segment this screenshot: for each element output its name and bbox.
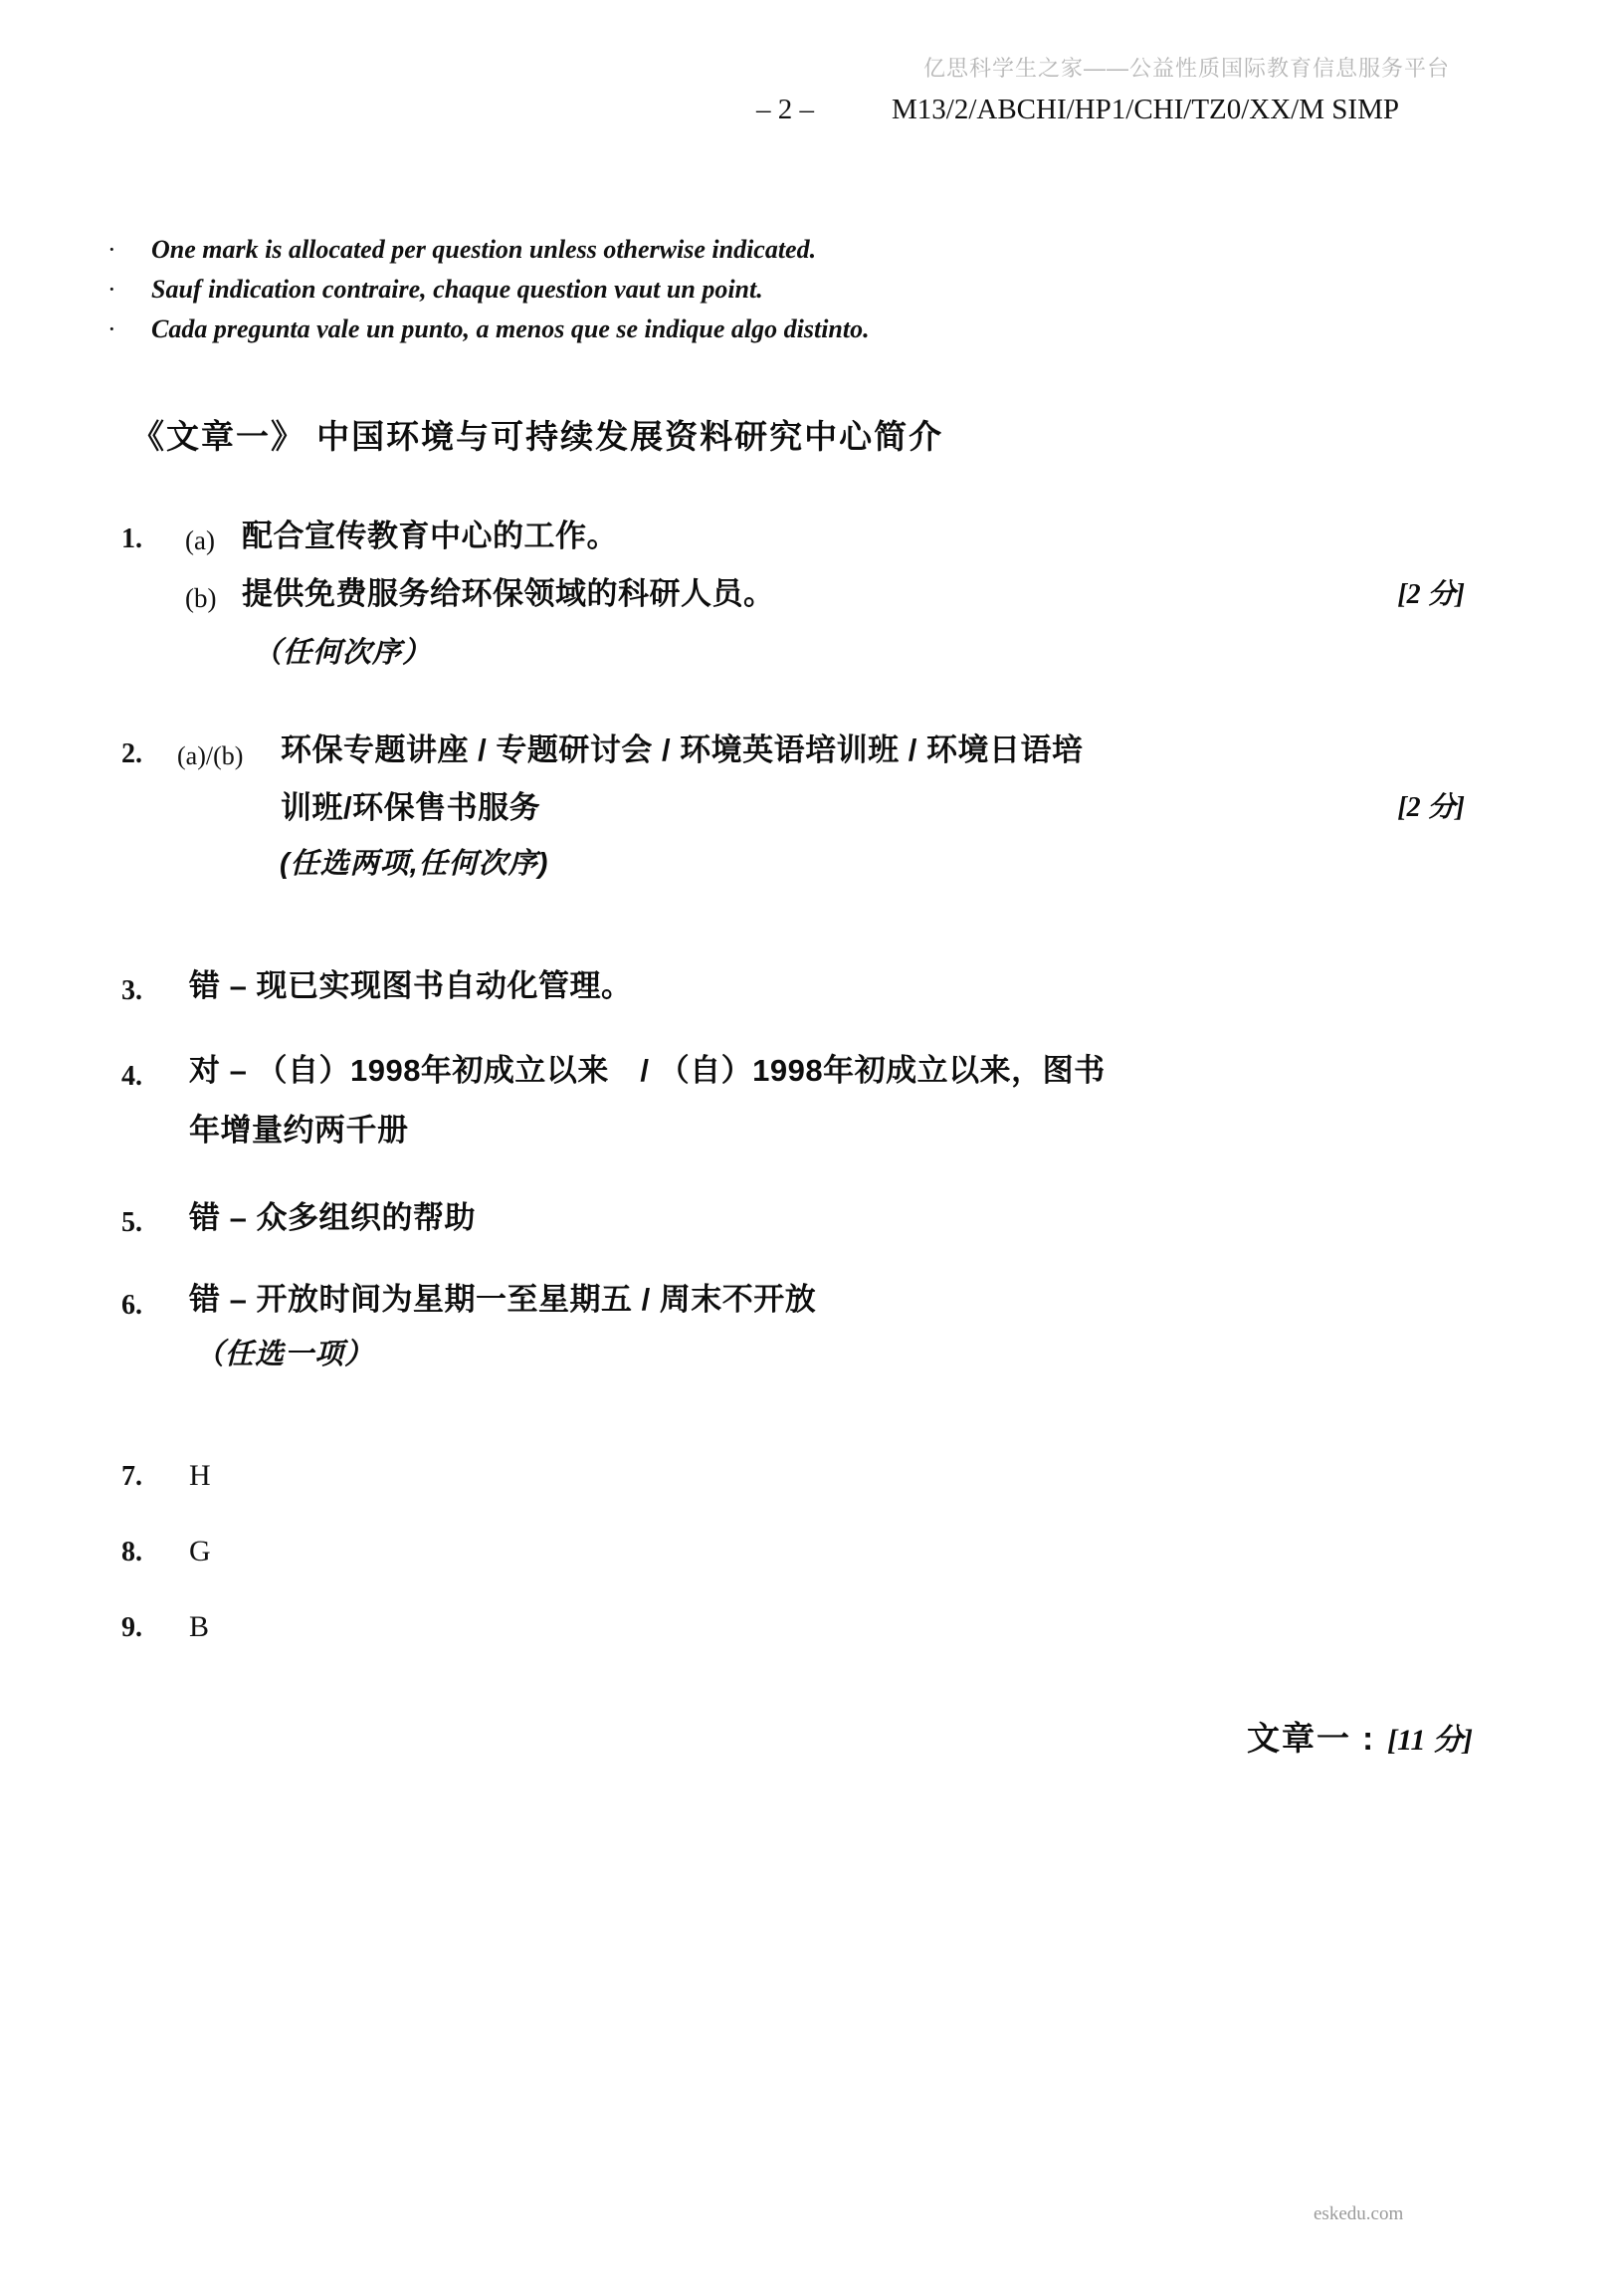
note-item: · One mark is allocated per question unl… <box>107 235 870 275</box>
bullet-icon: · <box>107 275 151 305</box>
answer-text: 错 – 众多组织的帮助 <box>189 1200 476 1236</box>
section-title: 《文章一》 中国环境与可持续发展资料研究中心简介 <box>131 418 943 456</box>
question-number: 3. <box>121 975 142 1007</box>
answer-letter: B <box>189 1610 209 1645</box>
answer-text: 提供免费服务给环保领域的科研人员。 <box>242 576 775 612</box>
answer-text: 错 – 现已实现图书自动化管理。 <box>189 968 632 1004</box>
answer-text: 错 – 开放时间为星期一至星期五 / 周末不开放 <box>189 1282 816 1318</box>
marks-badge: [2 分] <box>1397 579 1465 611</box>
part-label: (a) <box>185 525 215 556</box>
question-number: 8. <box>121 1537 142 1568</box>
markscheme-page: { "header": { "watermark": "亿思科学生之家——公益性… <box>0 0 1622 2296</box>
question-number: 5. <box>121 1207 142 1239</box>
part-label: (b) <box>185 583 216 614</box>
section-total-marks: [11 分] <box>1387 1724 1473 1759</box>
bullet-icon: · <box>107 314 151 344</box>
question-number: 9. <box>121 1612 142 1644</box>
question-number: 2. <box>121 738 142 770</box>
question-number: 6. <box>121 1290 142 1322</box>
question-number: 7. <box>121 1461 142 1493</box>
marking-note: （任选一项） <box>195 1339 374 1371</box>
bullet-icon: · <box>107 235 151 265</box>
note-text: One mark is allocated per question unles… <box>151 235 816 265</box>
page-number: – 2 – <box>756 94 814 126</box>
answer-text: 环保专题讲座 / 专题研讨会 / 环境英语培训班 / 环境日语培 <box>281 732 1084 768</box>
note-text: Sauf indication contraire, chaque questi… <box>151 275 763 305</box>
paper-code: M13/2/ABCHI/HP1/CHI/TZ0/XX/M SIMP <box>892 94 1399 126</box>
footer-site-name: eskedu.com <box>1314 2203 1403 2225</box>
note-item: · Sauf indication contraire, chaque ques… <box>107 275 870 314</box>
answer-text: 训班/环保售书服务 <box>281 790 540 826</box>
section-total: 文章一 : [11 分] <box>1247 1720 1473 1759</box>
marking-notes: · One mark is allocated per question unl… <box>107 235 870 354</box>
marking-note: （任何次序） <box>253 637 432 670</box>
answer-text: 对 – （自）1998年初成立以来 / （自）1998年初成立以来，图书 <box>189 1053 1106 1089</box>
answer-letter: G <box>189 1535 211 1569</box>
answer-letter: H <box>189 1459 211 1494</box>
note-text: Cada pregunta vale un punto, a menos que… <box>151 314 870 344</box>
marks-badge: [2 分] <box>1397 792 1465 824</box>
watermark-text: 亿思科学生之家——公益性质国际教育信息服务平台 <box>923 56 1450 81</box>
marking-note: (任选两项,任何次序) <box>280 848 548 881</box>
answer-text: 配合宣传教育中心的工作。 <box>242 519 618 554</box>
answer-text: 年增量约两千册 <box>189 1113 409 1148</box>
question-number: 4. <box>121 1061 142 1093</box>
part-label: (a)/(b) <box>177 741 243 771</box>
section-total-label: 文章一 : <box>1247 1720 1375 1758</box>
question-number: 1. <box>121 523 142 555</box>
note-item: · Cada pregunta vale un punto, a menos q… <box>107 314 870 354</box>
